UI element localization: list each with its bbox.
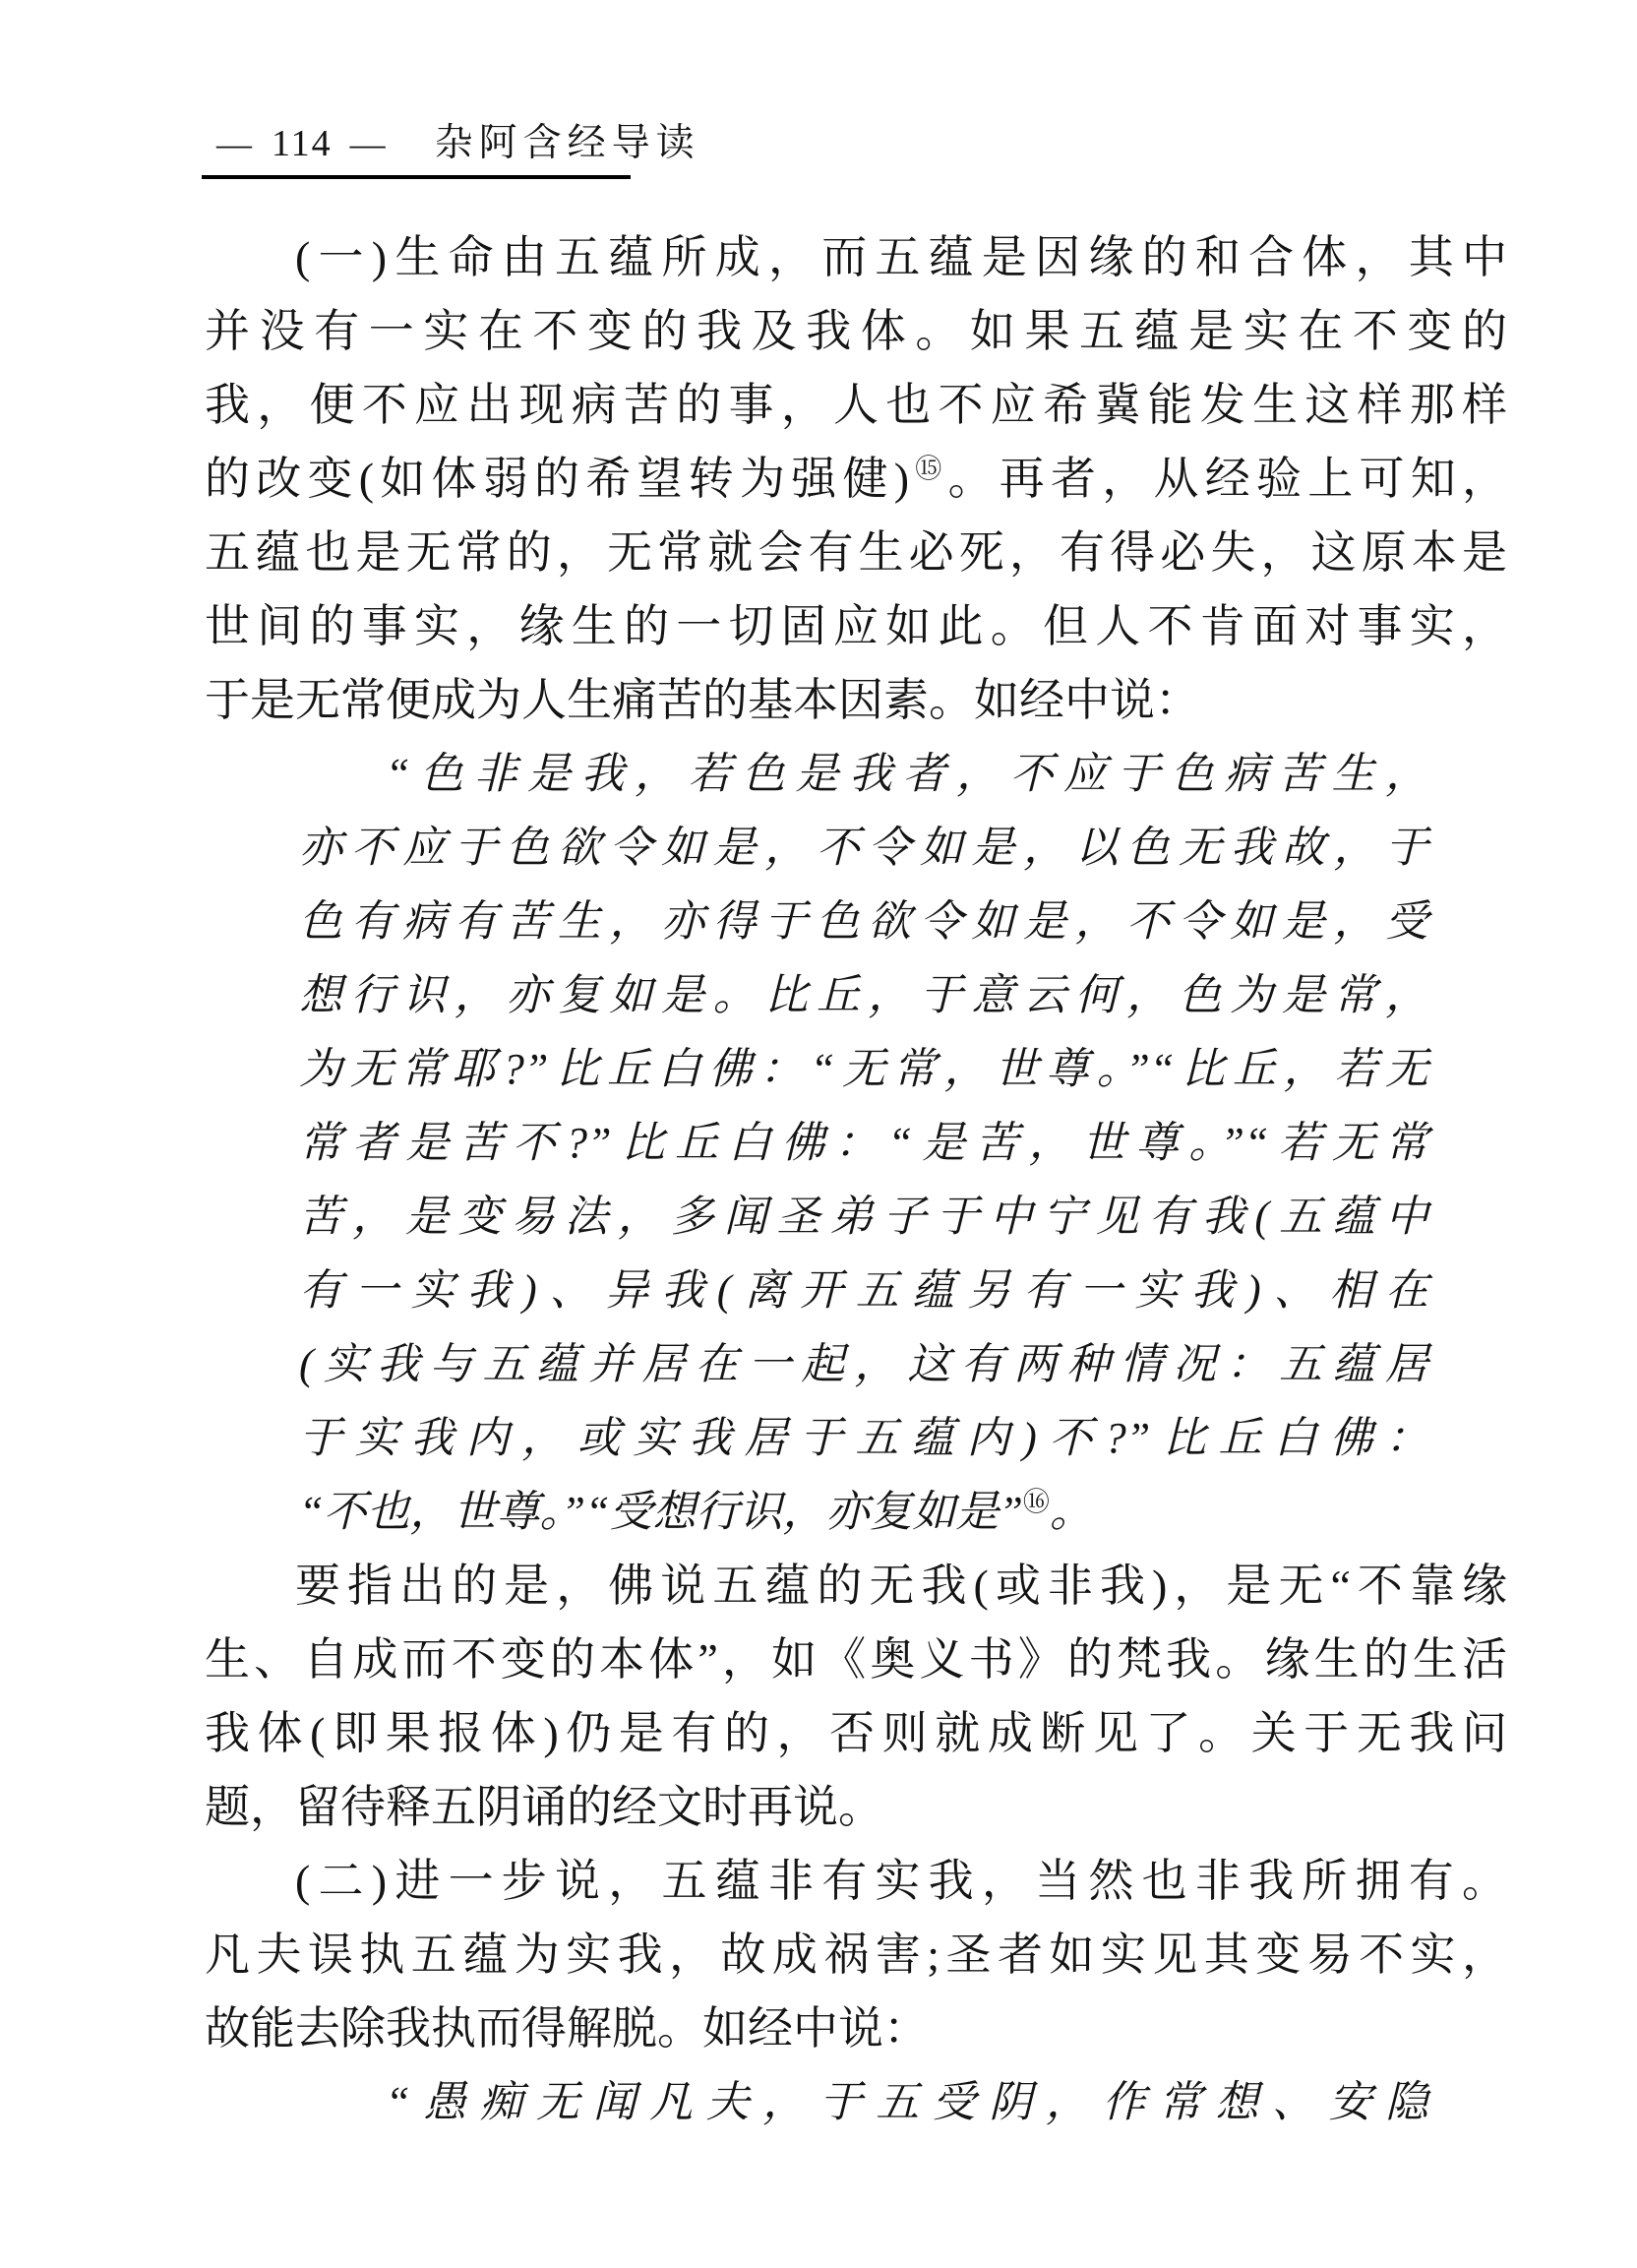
text-line: 凡夫误执五蕴为实我，故成祸害;圣者如实见其变易不实， bbox=[205, 1918, 1507, 1992]
footnote-marker: ⑮ bbox=[909, 455, 948, 484]
book-page: — 114 — 杂阿含经导读 (一)生命由五蕴所成，而五蕴是因缘的和合体，其中并… bbox=[0, 0, 1637, 2268]
text-line: 世间的事实，缘生的一切固应如此。但人不肯面对事实， bbox=[205, 589, 1507, 663]
text-line: 题，留待释五阴诵的经文时再说。 bbox=[205, 1770, 1507, 1844]
text-line: “愚痴无闻凡夫，于五受阴，作常想、安隐 bbox=[299, 2065, 1428, 2139]
text-line: (二)进一步说，五蕴非有实我，当然也非我所拥有。 bbox=[205, 1844, 1507, 1918]
book-title: 杂阿含经导读 bbox=[435, 122, 700, 165]
quote-block: “色非是我，若色是我者，不应于色病苦生，亦不应于色欲令如是，不令如是，以色无我故… bbox=[299, 737, 1428, 1549]
text-line: 常者是苦不?”比丘白佛：“是苦，世尊。”“若无常 bbox=[299, 1106, 1428, 1180]
paragraph-block: (一)生命由五蕴所成，而五蕴是因缘的和合体，其中并没有一实在不变的我及我体。如果… bbox=[205, 220, 1507, 737]
header-dash-left: — bbox=[203, 122, 268, 165]
text-line: 五蕴也是无常的，无常就会有生必死，有得必失，这原本是 bbox=[205, 516, 1507, 589]
footnote-marker: ⑯ bbox=[1023, 1487, 1050, 1516]
text-line: 故能去除我执而得解脱。如经中说： bbox=[205, 1992, 1507, 2065]
text-line: 想行识，亦复如是。比丘，于意云何，色为是常， bbox=[299, 958, 1428, 1032]
text-line: 为无常耶?”比丘白佛：“无常，世尊。”“比丘，若无 bbox=[299, 1032, 1428, 1106]
text-line: 亦不应于色欲令如是，不令如是，以色无我故，于 bbox=[299, 811, 1428, 885]
header-dash-right: — bbox=[336, 122, 401, 165]
text-line: “色非是我，若色是我者，不应于色病苦生， bbox=[299, 737, 1428, 811]
paragraph-block: (二)进一步说，五蕴非有实我，当然也非我所拥有。凡夫误执五蕴为实我，故成祸害;圣… bbox=[205, 1844, 1507, 2065]
text-line: 有一实我)、异我(离开五蕴另有一实我)、相在 bbox=[299, 1254, 1428, 1327]
text-content: (一)生命由五蕴所成，而五蕴是因缘的和合体，其中并没有一实在不变的我及我体。如果… bbox=[205, 220, 1507, 2139]
quote-block: “愚痴无闻凡夫，于五受阴，作常想、安隐 bbox=[299, 2065, 1428, 2139]
paragraph-block: 要指出的是，佛说五蕴的无我(或非我)，是无“不靠缘生、自成而不变的本体”，如《奥… bbox=[205, 1549, 1507, 1844]
running-header: — 114 — 杂阿含经导读 bbox=[203, 122, 700, 165]
text-line: 苦，是变易法，多闻圣弟子于中宁见有我(五蕴中 bbox=[299, 1180, 1428, 1254]
text-line: 于是无常便成为人生痛苦的基本因素。如经中说： bbox=[205, 663, 1507, 737]
header-underline bbox=[202, 175, 631, 179]
text-line: 色有病有苦生，亦得于色欲令如是，不令如是，受 bbox=[299, 885, 1428, 958]
text-line: 要指出的是，佛说五蕴的无我(或非我)，是无“不靠缘 bbox=[205, 1549, 1507, 1623]
text-line: (实我与五蕴并居在一起，这有两种情况：五蕴居 bbox=[299, 1327, 1428, 1401]
text-line: 我，便不应出现病苦的事，人也不应希冀能发生这样那样 bbox=[205, 368, 1507, 442]
text-line: 并没有一实在不变的我及我体。如果五蕴是实在不变的 bbox=[205, 294, 1507, 368]
text-line: 我体(即果报体)仍是有的，否则就成断见了。关于无我问 bbox=[205, 1696, 1507, 1770]
page-number: 114 bbox=[268, 122, 336, 165]
text-line: 于实我内，或实我居于五蕴内)不?”比丘白佛： bbox=[299, 1401, 1428, 1475]
text-line: 生、自成而不变的本体”，如《奥义书》的梵我。缘生的生活 bbox=[205, 1623, 1507, 1696]
text-line: “不也，世尊。”“受想行识，亦复如是”⑯。 bbox=[299, 1475, 1428, 1549]
text-line: (一)生命由五蕴所成，而五蕴是因缘的和合体，其中 bbox=[205, 220, 1507, 294]
text-line: 的改变(如体弱的希望转为强健)⑮。再者，从经验上可知， bbox=[205, 442, 1507, 516]
